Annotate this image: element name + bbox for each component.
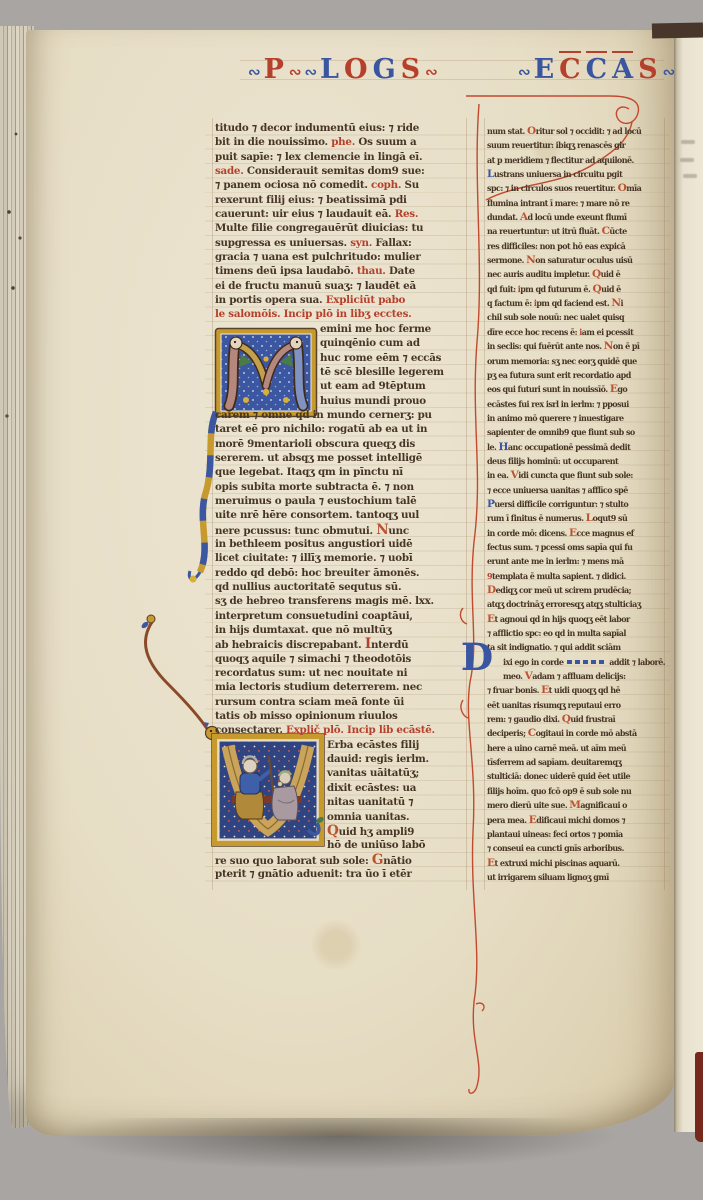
text-line: timens deū ipsa laudabō. thau. Date (215, 264, 467, 278)
text-line: atqʒ doctrināʒ erroresqʒ atqʒ stulticiaʒ (487, 597, 665, 611)
text-run: dundat. (487, 212, 520, 222)
text-line: titudo ⁊ decor indumentū eius: ⁊ ride (215, 121, 467, 135)
text-run: in ea. (487, 470, 511, 480)
text-line: meo. Vadam ⁊ affluam delicijs: (503, 669, 665, 683)
text-run: interpretum consuetudini coaptāui, (215, 610, 413, 622)
text-run: consectarer. (215, 724, 286, 736)
text-line: ut irrigarem siluam lignoʒ gmī (487, 870, 665, 884)
title-letter: S (401, 53, 421, 87)
text-run: orum memoria: sʒ nec eorʒ quidē que (487, 356, 637, 366)
text-run: t extruxi michi piscinas aquarū. (495, 858, 620, 868)
text-line: in ea. Vidi cuncta que fiunt sub sole: (487, 468, 665, 482)
text-line: ei de fructu manuū suaʒ: ⁊ laudēt eā (215, 279, 467, 293)
text-run: here a uino carnē meā. ut aīm meū (487, 743, 626, 753)
text-run: ixi ego in corde (503, 655, 563, 669)
text-run: nec auris auditu impletur. (487, 269, 592, 279)
text-run: Considerauit semitas dom9 sue: (244, 165, 425, 177)
text-line: morē 9mentarioli obscura queqʒ dis (215, 437, 467, 451)
line-filler (567, 660, 605, 664)
text-run: erunt ante me in ierlm: ⁊ mens mā (487, 556, 624, 566)
text-line: nitas uanitatū ⁊ (327, 795, 467, 809)
text-run: le. (487, 442, 499, 452)
title-letter: P (264, 53, 284, 87)
text-run: Q (592, 268, 601, 280)
text-run: num stat. (487, 126, 527, 136)
text-run: N (526, 254, 535, 266)
title-flourish: ∾ (289, 57, 300, 87)
text-run: thau. (357, 265, 386, 277)
text-line: Quid hʒ ampli9 (327, 824, 467, 838)
text-run: Q (592, 283, 601, 295)
text-run: opis subita morte subtracta ē. ⁊ non (215, 481, 414, 493)
text-run: in portis opera sua. (215, 294, 326, 306)
text-line: recordatus sum: ut nec nouitate ni (215, 666, 467, 680)
text-run: L (586, 512, 593, 524)
text-line: ixi ego in cordeaddit ⁊ laborē. (503, 655, 665, 669)
text-run: in hijs dumtaxat. que nō multūʒ (215, 624, 392, 636)
text-run: adam ⁊ affluam delicijs: (532, 671, 625, 681)
text-line: pera mea. Edificaui michi domos ⁊ (487, 813, 665, 827)
text-run: qd fuit: (487, 284, 518, 294)
text-run: ut irrigarem siluam lignoʒ gmī (487, 872, 609, 882)
text-run: meo. (503, 671, 525, 681)
text-run: ūcte (609, 226, 626, 236)
text-run: pm qd futurum ē. (520, 284, 592, 294)
text-line: chil sub sole nouū: nec ualet quisq (487, 310, 665, 324)
text-run: omnia uanitas. (327, 811, 409, 823)
text-run: le salomōis. Incip plō in libʒ ecctes. (215, 308, 412, 320)
text-run: t uidi quoqʒ qd hē (549, 685, 620, 695)
text-line: Dediqʒ cor meū ut scirem prudēcia; (487, 583, 665, 597)
text-run: ut eam ad 9tēptum (320, 380, 426, 392)
text-run: Erba ecāstes filij (327, 739, 419, 751)
text-run: dixit ecāstes: ua (327, 782, 416, 794)
text-run: in bethleem positus angustiori uidē (215, 538, 412, 550)
text-run: mero dierū uite sue. (487, 800, 569, 810)
text-line: quoqʒ aquile ⁊ simachi ⁊ theodotōis (215, 652, 467, 666)
text-line: pterit ⁊ gnātio aduenit: tra ūo ī etēr (215, 867, 467, 881)
text-line: at p meridiem ⁊ flectitur ad aquilonē. (487, 153, 665, 167)
text-run: nere pcussus: tunc obmutui. (215, 525, 376, 537)
text-run: mia lectoris studium deterrerem. nec (215, 681, 422, 693)
text-run: uid hʒ ampli9 (339, 826, 415, 838)
title-letter: C (559, 51, 581, 87)
title-flourish: ∾ (663, 57, 674, 87)
text-run: M (569, 799, 580, 811)
text-run: suum reuertitur: ibiqʒ renascēs gir (487, 140, 625, 150)
text-line: in animo mō querere ⁊ inuestigare (487, 411, 665, 425)
text-line: pʒ ea futura sunt erit recordatio apd (487, 368, 665, 382)
text-line: sererem. ut absqʒ me posset intelligē (215, 451, 467, 465)
text-line: ⁊ ecce uniuersa uanitas ⁊ afflīco spē (487, 483, 665, 497)
text-line: sermone. Non saturatur oculus uisū (487, 253, 665, 267)
text-run: H (499, 441, 508, 453)
title-letter: G (373, 53, 396, 87)
title-flourish: ∾ (425, 57, 436, 87)
text-run: hō de uniūso labō (327, 839, 425, 851)
text-line: Erba ecāstes filij (327, 738, 467, 752)
text-line: bit in die nouissimo. phe. Os suum a (215, 135, 467, 149)
text-run: Multe filie congregauērūt diuicias: tu (215, 222, 423, 234)
text-run: res difficiles: non pot hō eas expicā (487, 241, 625, 251)
text-line: ab hebraicis discrepabant. Interdū (215, 637, 467, 651)
text-line: sapienter de omnib9 que fiunt sub so (487, 425, 665, 439)
text-run: pʒ ea futura sunt erit recordatio apd (487, 370, 631, 380)
chapter-initial-d: D (461, 640, 493, 674)
right-text-column: num stat. Oritur sol ⁊ occidit: ⁊ ad loc… (487, 124, 665, 884)
text-run: cauerunt: uir eius ⁊ laudauit eā. (215, 208, 395, 220)
ruling-vertical (484, 118, 485, 890)
text-line: in corde mō: dicens. Ecce magnus ef (487, 526, 665, 540)
text-line: taret eē pro nichilo: rogatū ab ea ut in (215, 422, 467, 436)
text-line: uite nrē hēre consortem. tantoqʒ uul (215, 508, 467, 522)
text-run: flumina intrant ī mare: ⁊ mare nō re (487, 198, 629, 208)
text-line: erunt ante me in ierlm: ⁊ mens mā (487, 554, 665, 568)
text-run: tīsferrem ad sapīam. deuitaremqʒ (487, 757, 621, 767)
text-line: cauerunt: uir eius ⁊ laudauit eā. Res. (215, 207, 467, 221)
text-line: tīsferrem ad sapīam. deuitaremqʒ (487, 755, 665, 769)
text-run: titudo ⁊ decor indumentū eius: ⁊ ride (215, 122, 419, 134)
text-run: anc occupationē pessimā dedit (508, 442, 630, 452)
title-letter: E (534, 53, 555, 87)
text-run: ⁊ ecce uniuersa uanitas ⁊ afflīco spē (487, 485, 628, 495)
text-line: filijs hoīm. quo fcō op9 ē sub sole nu (487, 784, 665, 798)
text-line: 9templata ē multa sapient. ⁊ didici. (487, 569, 665, 583)
text-line: q factum ē: ipm qd faciend est. Ni (487, 296, 665, 310)
text-line: vanitas uāitatūʒ; (327, 766, 467, 780)
text-line: fectus sum. ⁊ pcessi oms sapīa qui fu (487, 540, 665, 554)
text-run: E (569, 527, 577, 539)
text-run: stulticiā: donec uiderē quid ēet utile (487, 771, 630, 781)
text-run: agnificaui o (580, 800, 627, 810)
text-line: hō de uniūso labō (327, 838, 467, 852)
text-run: sʒ de hebreo transferens magis mē. lxx. (215, 595, 434, 607)
title-flourish: ∾ (518, 57, 529, 87)
text-line: Puersi difficile corriguntur: ⁊ stulto (487, 497, 665, 511)
text-line: sʒ de hebreo transferens magis mē. lxx. (215, 594, 467, 608)
text-run: ⁊ fruar bonis. (487, 685, 541, 695)
text-run: huius mundi prouo (320, 395, 426, 407)
text-run: carem ⁊ omne qd in mundo cernerʒ: pu (215, 409, 432, 421)
text-run: ⁊ conseui ea cuncti gnīs arboribus. (487, 843, 624, 853)
text-run: ustrans uniuersa in circuitu pgit (494, 169, 622, 179)
text-run: addit ⁊ laborē. (609, 655, 665, 669)
text-line: in hijs dumtaxat. que nō multūʒ (215, 623, 467, 637)
text-run: eēt uanitas risumqʒ reputaui erro (487, 700, 621, 710)
text-line: gracia ⁊ uana est pulchritudo: mulier (215, 250, 467, 264)
text-run: huc rome eēm ⁊ eccās (320, 352, 441, 364)
text-run: spc: ⁊ in circulos suos reuertitur. (487, 183, 618, 193)
text-line: sade. Considerauit semitas dom9 sue: (215, 164, 467, 178)
text-line: rursum contra sciam meā fonte ūi (215, 695, 467, 709)
text-line: omnia uanitas. (327, 810, 467, 824)
text-run: ritur sol ⁊ occidit: ⁊ ad locū (536, 126, 642, 136)
text-run: q factum ē: (487, 298, 534, 308)
text-line: dīre ecce hoc recens ē: iam ei pcessit (487, 325, 665, 339)
text-run: sapienter de omnib9 que fiunt sub so (487, 427, 635, 437)
title-letter: L (320, 53, 339, 87)
text-run: reddo qd debō: hoc breuiter āmonēs. (215, 567, 419, 579)
text-run: filijs hoīm. quo fcō op9 ē sub sole nu (487, 786, 631, 796)
text-run: am ei pcessit (582, 327, 634, 337)
text-line: num stat. Oritur sol ⁊ occidit: ⁊ ad loc… (487, 124, 665, 138)
text-line: emini me hoc ferme (320, 322, 467, 336)
title-letter: S (638, 53, 658, 87)
text-run: E (541, 684, 549, 696)
text-line: tatis ob misso opinionum riuulos (215, 709, 467, 723)
text-line: deus filijs hominū: ut occuparent (487, 454, 665, 468)
text-line: Multe filie congregauērūt diuicias: tu (215, 221, 467, 235)
text-run: O (527, 125, 536, 137)
title-letter: A (612, 51, 633, 87)
text-line: in bethleem positus angustiori uidē (215, 537, 467, 551)
text-line: flumina intrant ī mare: ⁊ mare nō re (487, 196, 665, 210)
text-run: tatis ob misso opinionum riuulos (215, 710, 398, 722)
text-run: deciperis; (487, 728, 528, 738)
text-line: Et agnoui qd in hijs quoqʒ eēt labor (487, 612, 665, 626)
text-run: templata ē multa sapient. ⁊ didici. (492, 571, 626, 581)
text-run: nitas uanitatū ⁊ (327, 796, 413, 808)
text-run: quinqēnio cum ad (320, 337, 420, 349)
text-line: nec auris auditu impletur. Quid ē (487, 267, 665, 281)
text-run: chil sub sole nouū: nec ualet quisq (487, 312, 624, 322)
text-line: ⁊ panem ociosa nō comedit. coph. Su (215, 178, 467, 192)
text-run: ta sit indignatio. ⁊ qui addit sciām (487, 642, 621, 652)
text-run: ei de fructu manuū suaʒ: ⁊ laudēt eā (215, 280, 416, 292)
text-run: idi cuncta que fiunt sub sole: (518, 470, 633, 480)
showthrough-text-mark (680, 158, 694, 162)
text-line: que legebat. Itaqʒ qm in pīnctu nī (215, 465, 467, 479)
text-line: dixit ecāstes: ua (327, 781, 467, 795)
text-line: mia lectoris studium deterrerem. nec (215, 680, 467, 694)
text-run: ogitaui in corde mō abstā (536, 728, 637, 738)
text-run: timens deū ipsa laudabō. (215, 265, 357, 277)
text-line: dundat. Ad locū unde exeunt flumī (487, 210, 665, 224)
text-run: syn. (350, 237, 372, 249)
text-line: spc: ⁊ in circulos suos reuertitur. Omīa (487, 181, 665, 195)
text-run: rexerunt filij eius: ⁊ beatissimā pdi (215, 194, 407, 206)
text-run: eos qui futuri sunt in nouissīō. (487, 384, 610, 394)
text-run: in seclis: qui fuērūt ante nos. (487, 341, 604, 351)
book-spine-top (652, 22, 703, 38)
text-run: plantaui uineas: feci ortos ⁊ pomīa (487, 829, 623, 839)
text-line: licet ciuitate: ⁊ illīʒ memorie. ⁊ uobī (215, 551, 467, 565)
text-run: N (611, 297, 620, 309)
text-run: unc (388, 525, 409, 537)
text-line: re suo quo laborat sub sole: Gnātio (215, 853, 467, 867)
text-run: E (487, 613, 495, 625)
text-run: uid ē (601, 269, 621, 279)
text-line: ut eam ad 9tēptum (320, 379, 467, 393)
text-line: huc rome eēm ⁊ eccās (320, 351, 467, 365)
text-run: in animo mō querere ⁊ inuestigare (487, 413, 624, 423)
text-line: stulticiā: donec uiderē quid ēet utile (487, 769, 665, 783)
text-run: on ē pī (613, 341, 640, 351)
text-line: ⁊ afflictio spc: eo qd in multa sapīal (487, 626, 665, 640)
text-line: rem: ⁊ gaudio dixi. Quid frustraī (487, 712, 665, 726)
text-run: pera mea. (487, 815, 529, 825)
text-line: na reuertuntur: ut itrū fluāt. Cūcte (487, 224, 665, 238)
text-run: rum ī finitus ē numerus. (487, 513, 586, 523)
text-run: atqʒ doctrināʒ erroresqʒ atqʒ stulticiaʒ (487, 599, 641, 609)
text-line: rexerunt filij eius: ⁊ beatissimā pdi (215, 193, 467, 207)
text-run: tē scē blesille legerem (320, 366, 444, 378)
title-letter: O (344, 53, 368, 87)
text-line: supgressa es uniuersas. syn. Fallax: (215, 236, 467, 250)
text-line: here a uino carnē meā. ut aīm meū (487, 741, 665, 755)
text-line: nere pcussus: tunc obmutui. Nunc (215, 523, 467, 537)
text-run: deus filijs hominū: ut occuparent (487, 456, 618, 466)
text-line: meruimus o paula ⁊ eustochium talē (215, 494, 467, 508)
text-line: quinqēnio cum ad (320, 336, 467, 350)
text-run: t agnoui qd in hijs quoqʒ eēt labor (495, 614, 630, 624)
text-run: sererem. ut absqʒ me posset intelligē (215, 452, 422, 464)
text-run: sade. (215, 165, 244, 177)
text-run: ediqʒ cor meū ut scirem prudēcia; (496, 585, 631, 595)
title-letter: C (586, 51, 608, 87)
text-run: Su (401, 179, 419, 191)
text-line: ecāstes fui rex isrl in ierlm: ⁊ pposui (487, 397, 665, 411)
text-run: dauid: regis ierlm. (327, 753, 429, 765)
text-line: huius mundi prouo (320, 394, 467, 408)
text-line: deciperis; Cogitaui in corde mō abstā (487, 726, 665, 740)
text-run: morē 9mentarioli obscura queqʒ dis (215, 438, 415, 450)
text-run: Os suum a (355, 136, 416, 148)
text-run: C (528, 727, 536, 739)
text-run: L (487, 168, 494, 180)
next-page-edge (674, 32, 703, 1132)
text-run: na reuertuntur: ut itrū fluāt. (487, 226, 602, 236)
text-run: qd nullius auctoritatē sequtus sū. (215, 581, 401, 593)
text-run: sermone. (487, 255, 526, 265)
text-line: suum reuertitur: ibiqʒ renascēs gir (487, 138, 665, 152)
text-run: D (487, 584, 496, 596)
text-line: eos qui futuri sunt in nouissīō. Ego (487, 382, 665, 396)
text-line: res difficiles: non pot hō eas expicā (487, 239, 665, 253)
text-run: go (617, 384, 627, 394)
text-run: i (621, 298, 624, 308)
running-title-right: ∾ECCAS∾ (518, 47, 673, 87)
book-cover-edge (695, 1052, 703, 1142)
text-line: ⁊ fruar bonis. Et uidi quoqʒ qd hē (487, 683, 665, 697)
text-line: dauid: regis ierlm. (327, 752, 467, 766)
text-run: Date (386, 265, 415, 277)
text-run: nterdū (371, 639, 408, 651)
text-run: emini me hoc ferme (320, 323, 431, 335)
text-run: ⁊ afflictio spc: eo qd in multa sapīal (487, 628, 626, 638)
text-run: rem: ⁊ gaudio dixi. (487, 714, 562, 724)
text-run: rursum contra sciam meā fonte ūi (215, 696, 404, 708)
text-line: interpretum consuetudini coaptāui, (215, 609, 467, 623)
text-run: taret eē pro nichilo: rogatū ab ea ut in (215, 423, 427, 435)
text-line: le. Hanc occupationē pessimā dedit (487, 440, 665, 454)
text-run: G (372, 852, 383, 868)
page-bottom-shadow (60, 1118, 620, 1170)
text-run: pm qd faciend est. (536, 298, 611, 308)
text-run: recordatus sum: ut nec nouitate ni (215, 667, 407, 679)
text-run: nātio (383, 855, 411, 867)
showthrough-text-mark (683, 174, 697, 178)
text-run: Res. (395, 208, 419, 220)
text-run: Explič plō. Incip lib ecāstē. (286, 724, 435, 736)
text-run: Expliciūt pabo (326, 294, 405, 306)
text-line: puit sapīe: ⁊ lex clemencie in lingā eī. (215, 150, 467, 164)
running-title-left: ∾P∾∾LOGS∾ (248, 47, 436, 87)
text-run: phe. (331, 136, 355, 148)
text-run: pterit ⁊ gnātio aduenit: tra ūo ī etēr (215, 868, 412, 880)
text-line: opis subita morte subtracta ē. ⁊ non (215, 480, 467, 494)
text-run: vanitas uāitatūʒ; (327, 767, 419, 779)
text-run: ⁊ panem ociosa nō comedit. (215, 179, 371, 191)
text-run: N (376, 522, 388, 538)
text-run: mīa (626, 183, 641, 193)
text-run: A (520, 211, 528, 223)
text-run: on saturatur oculus uisū (535, 255, 632, 265)
text-line: qd nullius auctoritatē sequtus sū. (215, 580, 467, 594)
text-line: qd fuit: ipm qd futurum ē. Quid ē (487, 282, 665, 296)
text-run: supgressa es uniuersas. (215, 237, 350, 249)
text-line: eēt uanitas risumqʒ reputaui erro (487, 698, 665, 712)
text-line: in portis opera sua. Expliciūt pabo (215, 293, 467, 307)
text-run: quoqʒ aquile ⁊ simachi ⁊ theodotōis (215, 653, 411, 665)
text-run: fectus sum. ⁊ pcessi oms sapīa qui fu (487, 542, 632, 552)
text-line: ta sit indignatio. ⁊ qui addit sciām (487, 640, 665, 654)
text-line: Lustrans uniuersa in circuitu pgit (487, 167, 665, 181)
text-run: O (618, 182, 627, 194)
text-run: bit in die nouissimo. (215, 136, 331, 148)
text-run: cce magnus ef (577, 528, 634, 538)
text-line: Et extruxi michi piscinas aquarū. (487, 856, 665, 870)
text-run: uid frustraī (570, 714, 615, 724)
text-line: in seclis: qui fuērūt ante nos. Non ē pī (487, 339, 665, 353)
text-run: uid ē (601, 284, 621, 294)
text-line: le salomōis. Incip plō in libʒ ecctes. (215, 307, 467, 321)
text-line: rum ī finitus ē numerus. Loqut9 sū (487, 511, 665, 525)
text-line: orum memoria: sʒ nec eorʒ quidē que (487, 354, 665, 368)
left-text-column: titudo ⁊ decor indumentū eius: ⁊ ridebit… (215, 121, 467, 881)
text-line: ⁊ conseui ea cuncti gnīs arboribus. (487, 841, 665, 855)
text-line: tē scē blesille legerem (320, 365, 467, 379)
text-run: Fallax: (372, 237, 411, 249)
text-line: plantaui uineas: feci ortos ⁊ pomīa (487, 827, 665, 841)
text-run: oqut9 sū (593, 513, 628, 523)
text-run: dificaui michi domos ⁊ (536, 815, 625, 825)
text-run: licet ciuitate: ⁊ illīʒ memorie. ⁊ uobī (215, 552, 413, 564)
text-run: ab hebraicis discrepabant. (215, 639, 365, 651)
title-flourish: ∾ (248, 57, 259, 87)
text-run: que legebat. Itaqʒ qm in pīnctu nī (215, 466, 403, 478)
text-run: uersi difficile corriguntur: ⁊ stulto (494, 499, 628, 509)
text-run: N (604, 340, 613, 352)
ruling-vertical (212, 118, 213, 890)
text-run: in corde mō: dicens. (487, 528, 569, 538)
showthrough-text-mark (681, 140, 695, 144)
text-run: puit sapīe: ⁊ lex clemencie in lingā eī. (215, 151, 422, 163)
text-line: consectarer. Explič plō. Incip lib ecāst… (215, 723, 467, 737)
text-run: Q (327, 823, 339, 839)
text-run: E (487, 857, 495, 869)
text-run: gracia ⁊ uana est pulchritudo: mulier (215, 251, 421, 263)
text-line: mero dierū uite sue. Magnificaui o (487, 798, 665, 812)
text-run: uite nrē hēre consortem. tantoqʒ uul (215, 509, 419, 521)
title-flourish: ∾ (304, 57, 315, 87)
text-run: dīre ecce hoc recens ē: (487, 327, 579, 337)
text-run: at p meridiem ⁊ flectitur ad aquilonē. (487, 155, 634, 165)
text-line: carem ⁊ omne qd in mundo cernerʒ: pu (215, 408, 467, 422)
text-run: meruimus o paula ⁊ eustochium talē (215, 495, 416, 507)
text-run: ecāstes fui rex isrl in ierlm: ⁊ pposui (487, 399, 629, 409)
text-line: reddo qd debō: hoc breuiter āmonēs. (215, 566, 467, 580)
